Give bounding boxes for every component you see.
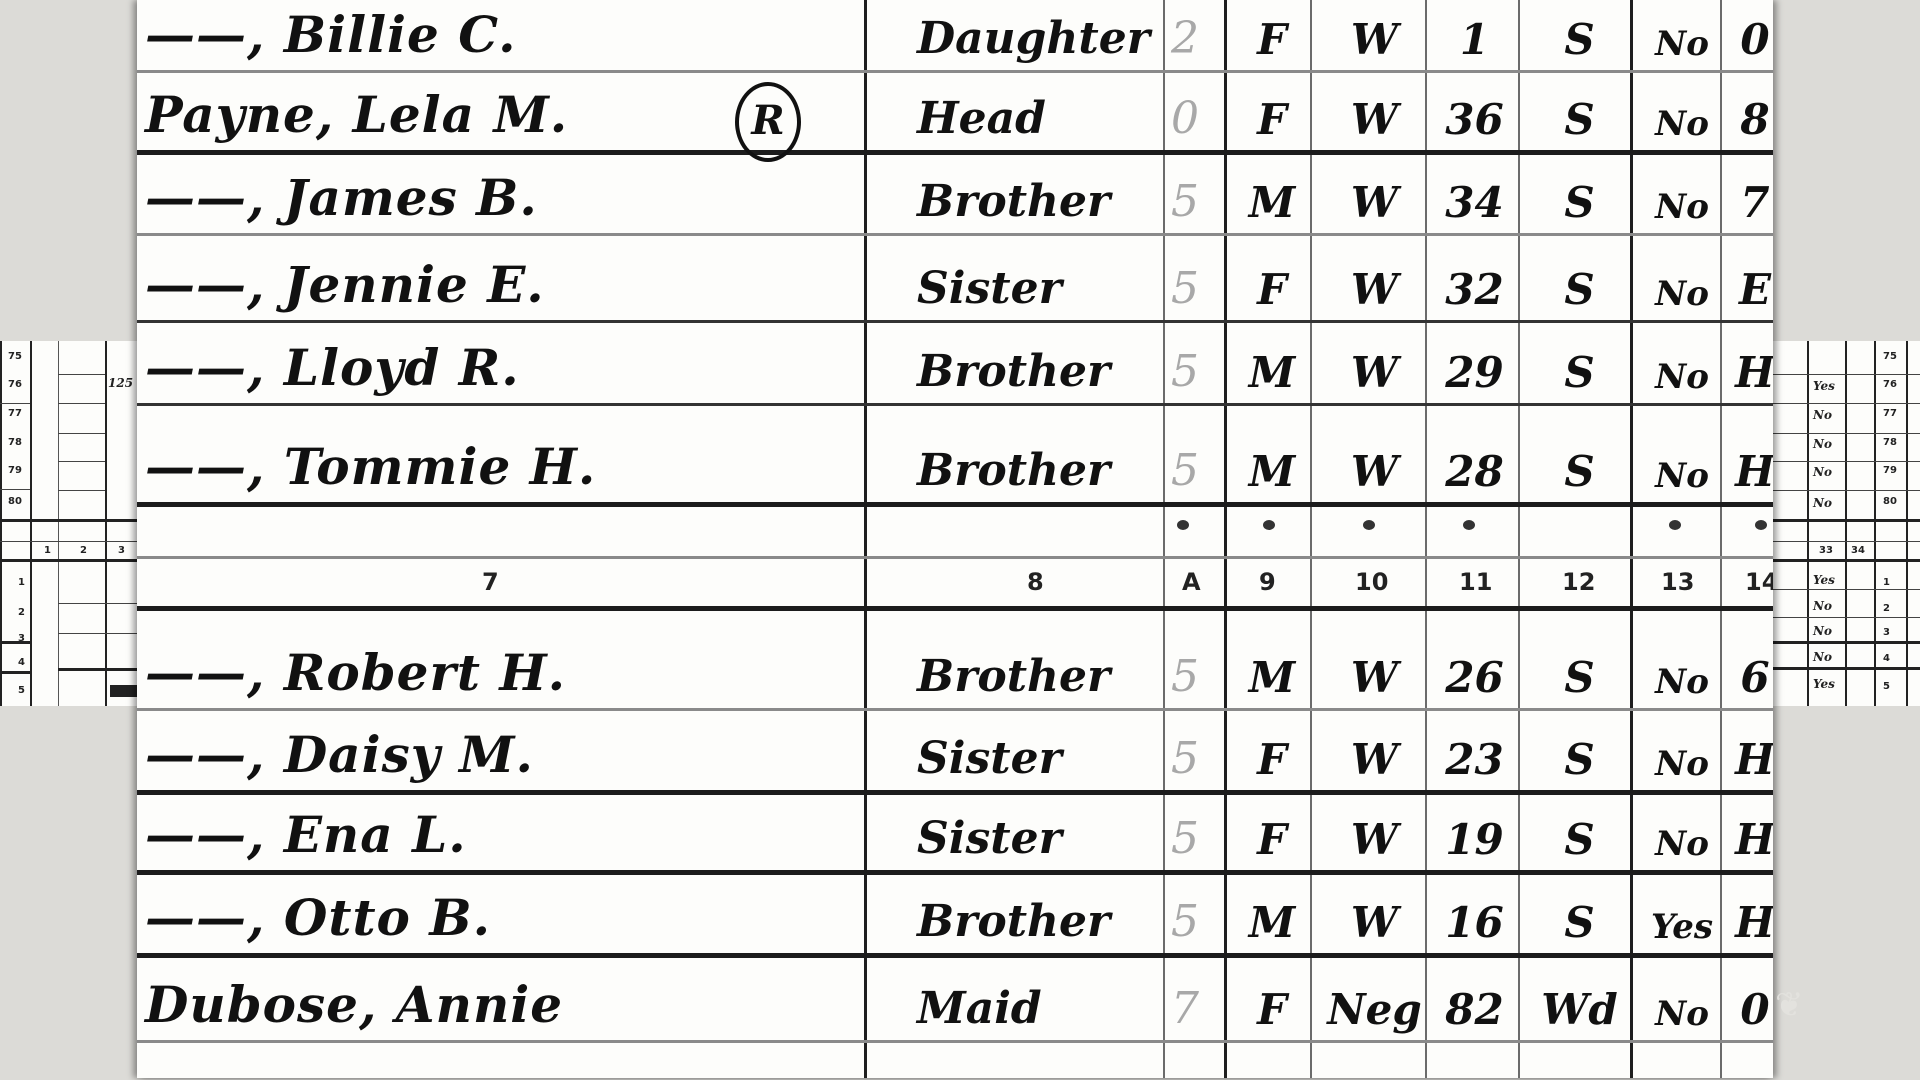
line-number: 77 <box>8 408 22 419</box>
census-record-row[interactable]: ——, Jennie E.Sister5FW32SNoE <box>137 233 1773 320</box>
right-page-thumbnail[interactable]: 75 76 77 78 79 80 Yes No No No No 33 34 … <box>1773 341 1920 706</box>
column-number-race: 10 <box>1355 568 1388 596</box>
marital-status-value: S <box>1532 265 1627 314</box>
column-a-code: 0 <box>1171 93 1199 144</box>
line-number: 4 <box>18 657 25 668</box>
handwritten-value: Yes <box>1813 677 1835 691</box>
line-number: 3 <box>1883 627 1890 638</box>
census-record-row[interactable]: Payne, Lela M.Head0FW36SNo8 <box>137 70 1773 150</box>
column-number-13: 13 <box>1661 568 1694 596</box>
line-number: 1 <box>18 577 25 588</box>
relationship-value: Sister <box>917 733 1062 784</box>
handwritten-note: 125 <box>108 376 133 390</box>
relationship-value: Brother <box>917 651 1110 702</box>
census-record-row[interactable]: ——, Lloyd R.Brother5MW29SNoH <box>137 320 1773 403</box>
census-page-image[interactable]: 7 8 A 9 10 11 12 13 14 ——, Billie C.Daug… <box>137 0 1773 1078</box>
person-name: ——, Jennie E. <box>145 255 545 314</box>
census-record-row[interactable]: ——, Billie C.Daughter2FW1SNo0 <box>137 0 1773 70</box>
line-number: 76 <box>1883 379 1897 390</box>
marital-status-value: S <box>1532 178 1627 227</box>
line-number: 80 <box>8 496 22 507</box>
marital-status-value: S <box>1532 15 1627 64</box>
column-14-value: 0 <box>1735 15 1773 64</box>
column-14-value: H <box>1735 447 1773 496</box>
census-record-row[interactable]: ——, Robert H.Brother5MW26SNo6 <box>137 606 1773 708</box>
line-number: 1 <box>1883 577 1890 588</box>
race-value: W <box>1327 265 1422 314</box>
marital-status-value: S <box>1532 898 1627 947</box>
relationship-value: Daughter <box>917 13 1150 64</box>
relationship-value: Brother <box>917 896 1110 947</box>
column-13-value: No <box>1642 357 1722 397</box>
column-number-age: 11 <box>1459 568 1492 596</box>
marital-status-value: S <box>1532 815 1627 864</box>
relationship-value: Brother <box>917 445 1110 496</box>
census-record-row[interactable]: ——, Tommie H.Brother5MW28SNoH <box>137 403 1773 502</box>
column-number-14: 14 <box>1745 568 1773 596</box>
age-value: 36 <box>1432 95 1517 144</box>
handwritten-value: No <box>1813 624 1832 638</box>
column-13-value: Yes <box>1642 907 1722 947</box>
column-14-value: 8 <box>1735 95 1773 144</box>
sex-value: F <box>1237 15 1307 64</box>
column-number: 3 <box>118 545 125 556</box>
race-value: W <box>1327 348 1422 397</box>
line-number: 76 <box>8 379 22 390</box>
column-a-code: 5 <box>1171 445 1199 496</box>
line-number: 4 <box>1883 653 1890 664</box>
person-name: ——, Otto B. <box>145 888 491 947</box>
race-value: W <box>1327 653 1422 702</box>
person-name: ——, James B. <box>145 168 538 227</box>
person-name: ——, Ena L. <box>145 805 467 864</box>
handwritten-value: No <box>1813 408 1832 422</box>
handwritten-value: Yes <box>1813 573 1835 587</box>
column-a-code: 5 <box>1171 176 1199 227</box>
sex-value: F <box>1237 95 1307 144</box>
column-a-code: 5 <box>1171 896 1199 947</box>
person-name: ——, Daisy M. <box>145 725 534 784</box>
column-a-code: 5 <box>1171 346 1199 397</box>
race-value: W <box>1327 178 1422 227</box>
column-number: 2 <box>80 545 87 556</box>
column-a-code: 7 <box>1171 983 1199 1034</box>
column-number-marital: 12 <box>1562 568 1595 596</box>
age-value: 23 <box>1432 735 1517 784</box>
column-14-value: E <box>1735 265 1773 314</box>
marital-status-value: S <box>1532 95 1627 144</box>
column-a-code: 2 <box>1171 13 1199 64</box>
census-record-row[interactable]: ——, James B.Brother5MW34SNo7 <box>137 150 1773 233</box>
relationship-value: Sister <box>917 813 1062 864</box>
line-number: 5 <box>1883 681 1890 692</box>
sex-value: M <box>1237 348 1307 397</box>
handwritten-value: No <box>1813 496 1832 510</box>
column-14-value: 0 <box>1735 985 1773 1034</box>
line-number: 2 <box>18 607 25 618</box>
column-number-sex: 9 <box>1259 568 1276 596</box>
person-name: ——, Robert H. <box>145 643 566 702</box>
line-number: 77 <box>1883 408 1897 419</box>
line-number: 2 <box>1883 603 1890 614</box>
handwritten-value: No <box>1813 437 1832 451</box>
sex-value: M <box>1237 178 1307 227</box>
sex-value: F <box>1237 265 1307 314</box>
race-value: W <box>1327 95 1422 144</box>
column-14-value: H <box>1735 735 1773 784</box>
column-13-value: No <box>1642 274 1722 314</box>
handwritten-value: No <box>1813 599 1832 613</box>
age-value: 26 <box>1432 653 1517 702</box>
age-value: 32 <box>1432 265 1517 314</box>
column-number: 34 <box>1851 545 1865 556</box>
leaf-watermark-icon: ❦ <box>1775 985 1821 1031</box>
column-number-name: 7 <box>482 568 499 596</box>
marital-status-value: S <box>1532 348 1627 397</box>
person-name: Payne, Lela M. <box>145 85 568 144</box>
census-record-row[interactable]: ——, Otto B.Brother5MW16SYesH <box>137 870 1773 953</box>
person-name: ——, Lloyd R. <box>145 338 520 397</box>
left-page-thumbnail[interactable]: 75 76 77 78 79 80 125 1 2 3 1 2 3 4 5 <box>0 341 137 706</box>
line-number: 75 <box>1883 351 1897 362</box>
column-a-code: 5 <box>1171 733 1199 784</box>
column-13-value: No <box>1642 662 1722 702</box>
relationship-value: Sister <box>917 263 1062 314</box>
age-value: 82 <box>1432 985 1517 1034</box>
line-number: 5 <box>18 685 25 696</box>
race-value: Neg <box>1327 985 1422 1034</box>
column-number-relationship: 8 <box>1027 568 1044 596</box>
race-value: W <box>1327 735 1422 784</box>
sex-value: F <box>1237 735 1307 784</box>
race-value: W <box>1327 15 1422 64</box>
age-value: 29 <box>1432 348 1517 397</box>
marital-status-value: S <box>1532 735 1627 784</box>
race-value: W <box>1327 898 1422 947</box>
column-13-value: No <box>1642 744 1722 784</box>
census-record-row[interactable]: Dubose, AnnieMaid7FNeg82WdNo0 <box>137 953 1773 1040</box>
column-a-code: 5 <box>1171 813 1199 864</box>
race-value: W <box>1327 815 1422 864</box>
informant-mark: R <box>735 82 801 162</box>
relationship-value: Brother <box>917 346 1110 397</box>
line-number: 79 <box>1883 465 1897 476</box>
column-a-code: 5 <box>1171 263 1199 314</box>
line-number: 80 <box>1883 496 1897 507</box>
line-number: 75 <box>8 351 22 362</box>
race-value: W <box>1327 447 1422 496</box>
relationship-value: Head <box>917 93 1046 144</box>
marital-status-value: S <box>1532 447 1627 496</box>
column-14-value: 7 <box>1735 178 1773 227</box>
column-13-value: No <box>1642 456 1722 496</box>
marital-status-value: S <box>1532 653 1627 702</box>
column-a-code: 5 <box>1171 651 1199 702</box>
column-13-value: No <box>1642 24 1722 64</box>
column-13-value: No <box>1642 824 1722 864</box>
age-value: 1 <box>1432 15 1517 64</box>
line-number: 78 <box>8 437 22 448</box>
line-number: 78 <box>1883 437 1897 448</box>
person-name: ——, Billie C. <box>145 5 517 64</box>
person-name: ——, Tommie H. <box>145 437 596 496</box>
sex-value: F <box>1237 985 1307 1034</box>
sex-value: M <box>1237 653 1307 702</box>
census-record-row[interactable]: ——, Daisy M.Sister5FW23SNoH <box>137 708 1773 790</box>
age-value: 19 <box>1432 815 1517 864</box>
handwritten-value: No <box>1813 650 1832 664</box>
column-13-value: No <box>1642 994 1722 1034</box>
age-value: 28 <box>1432 447 1517 496</box>
column-14-value: H <box>1735 815 1773 864</box>
handwritten-value: Yes <box>1813 379 1835 393</box>
sex-value: M <box>1237 898 1307 947</box>
column-13-value: No <box>1642 104 1722 144</box>
census-record-row[interactable]: ——, Ena L.Sister5FW19SNoH <box>137 790 1773 870</box>
relationship-value: Maid <box>917 983 1042 1034</box>
line-number: 3 <box>18 633 25 644</box>
age-value: 34 <box>1432 178 1517 227</box>
column-number: 1 <box>44 545 51 556</box>
person-name: Dubose, Annie <box>145 975 563 1034</box>
column-14-value: 6 <box>1735 653 1773 702</box>
column-letter-a: A <box>1182 568 1201 596</box>
age-value: 16 <box>1432 898 1517 947</box>
relationship-value: Brother <box>917 176 1110 227</box>
column-14-value: H <box>1735 898 1773 947</box>
ink-blot <box>110 685 137 697</box>
line-number: 79 <box>8 465 22 476</box>
column-14-value: H <box>1735 348 1773 397</box>
marital-status-value: Wd <box>1532 985 1627 1034</box>
column-number: 33 <box>1819 545 1833 556</box>
handwritten-value: No <box>1813 465 1832 479</box>
sex-value: F <box>1237 815 1307 864</box>
column-13-value: No <box>1642 187 1722 227</box>
sex-value: M <box>1237 447 1307 496</box>
